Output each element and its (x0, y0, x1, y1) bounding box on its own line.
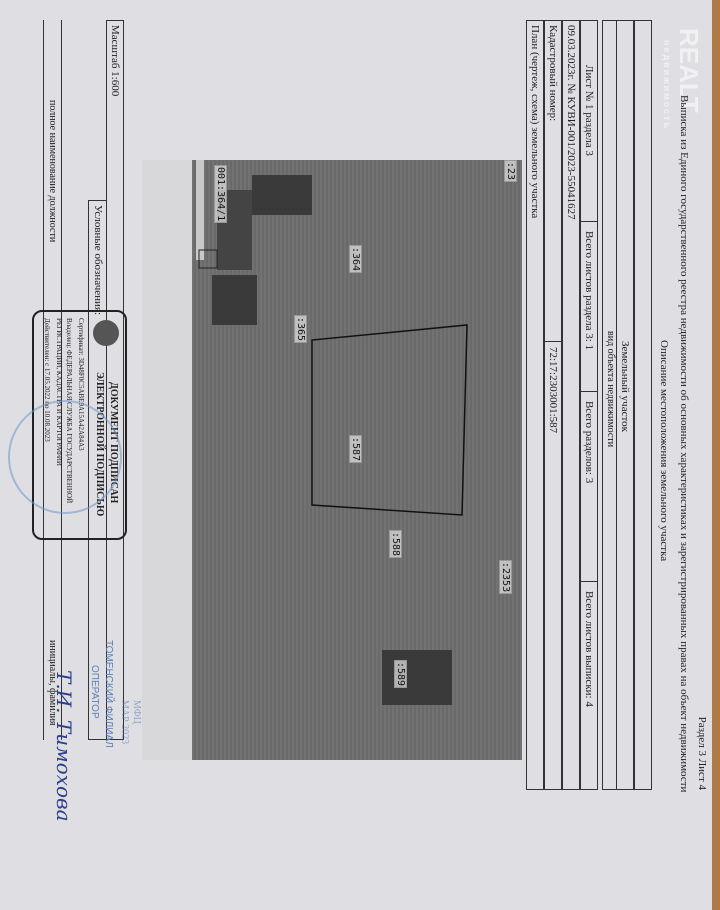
object-type-caption-row: вид объекта недвижимости (602, 20, 616, 790)
position-caption: полное наименование должности (47, 100, 58, 242)
handwritten-signature: Т.И. Тимохова (52, 670, 76, 822)
document-title: Выписка из Единого государственного реес… (678, 95, 690, 792)
sections-total: Всего разделов: 3 (583, 401, 595, 483)
emblem-icon (93, 320, 119, 346)
object-type-caption: вид объекта недвижимости (605, 331, 616, 447)
cadastral-row: Кадастровый номер: 72:17:2303001:587 (544, 20, 562, 790)
cadastral-map: 001:364/1 :23 :364 :365 :587 :588 :589 :… (142, 160, 522, 760)
parcel-label: :23 (504, 160, 517, 182)
object-type-row: Земельный участок (616, 20, 634, 790)
operator-stamp-2: ОПЕРАТОР (89, 665, 100, 719)
sheet-info-row: Лист № 1 раздела 3 Всего листов раздела … (580, 20, 598, 790)
plan-row: План (чертеж, схема) земельного участка (526, 20, 544, 790)
legend-label: Условные обозначения: (92, 205, 104, 315)
mfc-stamp-2: МАР 2023 (119, 700, 130, 744)
rotated-document-page: REALT недвижимость Раздел 3 Лист 4 Выпис… (0, 0, 712, 910)
parcel-label: :364 (349, 245, 362, 273)
sheets-in-section: Всего листов раздела 3: 1 (583, 231, 595, 350)
object-type-value: Земельный участок (619, 341, 631, 432)
document-subtitle: Описание местоположения земельного участ… (658, 340, 670, 561)
plan-label: План (чертеж, схема) земельного участка (529, 25, 541, 218)
parcel-label: :365 (294, 315, 307, 343)
parcel-label: :587 (349, 435, 362, 463)
cadastral-value: 72:17:2303001:587 (547, 347, 559, 433)
blue-seal (8, 400, 122, 514)
section-sheet-label: Раздел 3 Лист 4 (696, 717, 708, 790)
operator-stamp-1: ТОМЕНСКИЙ ФИЛИАЛ (103, 640, 114, 748)
header-row-1 (634, 20, 652, 790)
parcel-label: :2353 (499, 560, 512, 594)
parcel-outline (142, 160, 522, 760)
mfc-stamp-1: МФЦ (131, 700, 142, 724)
sheet-number: Лист № 1 раздела 3 (583, 65, 595, 156)
sheets-total: Всего листов выписки: 4 (583, 591, 595, 707)
cadastral-label: Кадастровый номер: (547, 25, 559, 121)
date-row: 09.03.2023г. № КУВИ-001/2023-55041627 (562, 20, 580, 790)
parcel-label: 001:364/1 (214, 165, 227, 223)
parcel-label: :588 (389, 530, 402, 558)
watermark-sub: недвижимость (662, 40, 672, 130)
parcel-label: :589 (394, 660, 407, 688)
scale-label: Масштаб 1:600 (109, 25, 121, 96)
date-number: 09.03.2023г. № КУВИ-001/2023-55041627 (565, 25, 577, 220)
